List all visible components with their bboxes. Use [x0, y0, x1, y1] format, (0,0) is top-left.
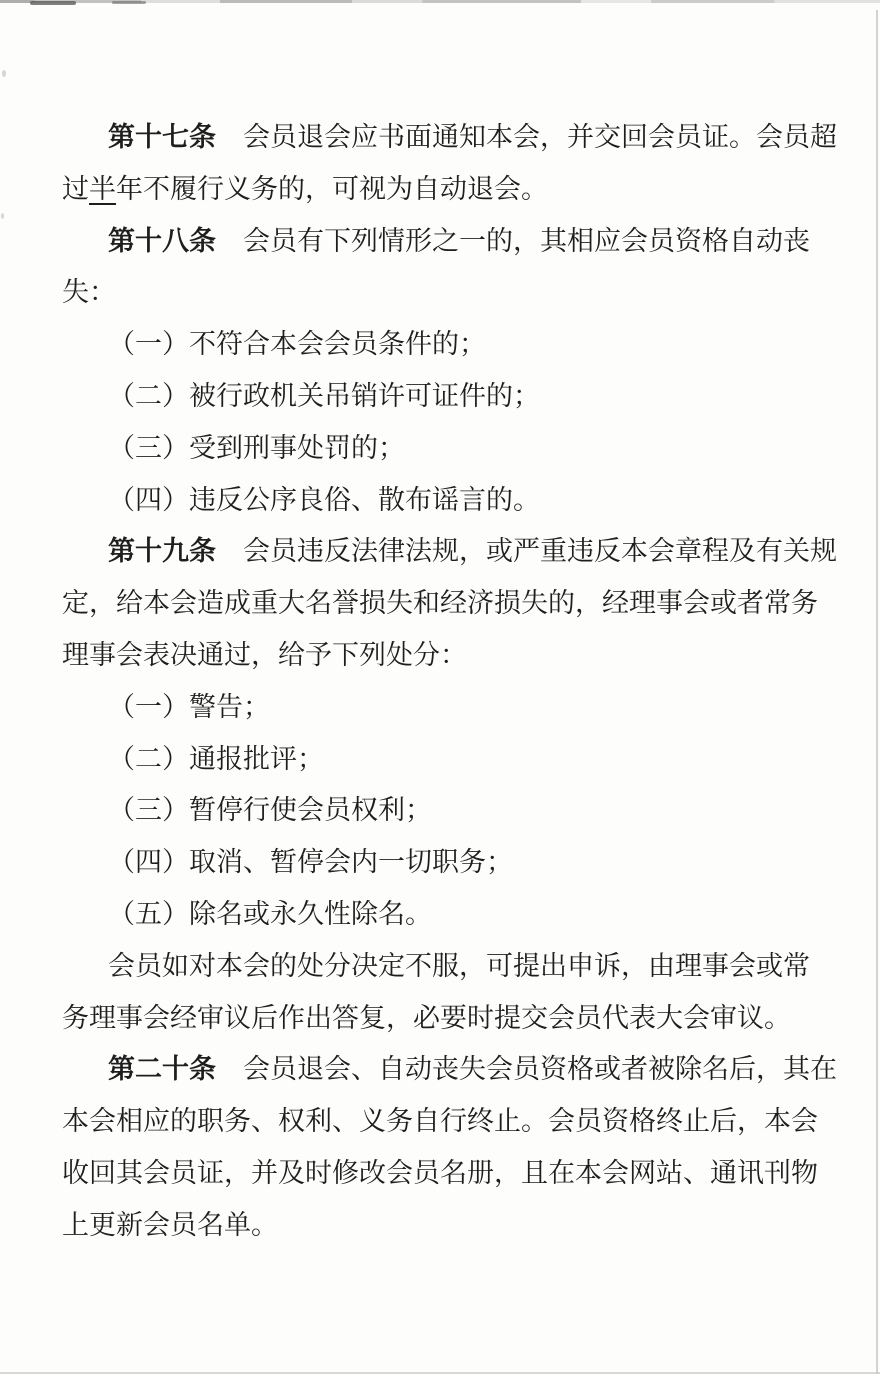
text-segment: 会员有下列情形之一的，其相应会员资格自动丧	[216, 226, 810, 256]
text-segment: 失：	[62, 277, 116, 307]
text-line-8: （四）违反公序良俗、散布谣言的。	[62, 475, 824, 527]
text-line-4: 失：	[62, 267, 824, 319]
scan-artifact-top-mark-2	[112, 1, 146, 4]
text-line-18: 务理事会经审议后作出答复，必要时提交会员代表大会审议。	[62, 993, 824, 1045]
scan-artifact-right-edge	[876, 10, 878, 1374]
article-number: 第十八条	[108, 226, 216, 256]
text-line-1: 第十七条 会员退会应书面通知本会，并交回会员证。会员超	[62, 112, 824, 164]
article-number: 第十九条	[108, 536, 216, 566]
text-line-7: （三）受到刑事处罚的；	[62, 423, 824, 475]
text-segment: 会员如对本会的处分决定不服，可提出申诉，由理事会或常	[108, 951, 810, 981]
text-segment: 本会相应的职务、权利、义务自行终止。会员资格终止后，本会	[62, 1106, 818, 1136]
text-segment: （四）违反公序良俗、散布谣言的。	[108, 485, 540, 515]
underlined-text: 半	[89, 174, 116, 204]
scan-artifact-speck	[2, 70, 6, 77]
text-line-10: 定，给本会造成重大名誉损失和经济损失的，经理事会或者常务	[62, 578, 824, 630]
text-line-2: 过半年不履行义务的，可视为自动退会。	[62, 164, 824, 216]
text-line-6: （二）被行政机关吊销许可证件的；	[62, 371, 824, 423]
text-segment: 务理事会经审议后作出答复，必要时提交会员代表大会审议。	[62, 1003, 791, 1033]
text-segment: 过	[62, 174, 89, 204]
text-segment: （三）受到刑事处罚的；	[108, 433, 405, 463]
body-text-block: 第十七条 会员退会应书面通知本会，并交回会员证。会员超过半年不履行义务的，可视为…	[62, 112, 824, 1252]
text-segment: 会员退会、自动丧失会员资格或者被除名后，其在	[216, 1054, 837, 1084]
text-line-17: 会员如对本会的处分决定不服，可提出申诉，由理事会或常	[62, 941, 824, 993]
text-segment: （二）被行政机关吊销许可证件的；	[108, 381, 540, 411]
text-line-13: （二）通报批评；	[62, 734, 824, 786]
text-segment: 会员违反法律法规，或严重违反本会章程及有关规	[216, 536, 837, 566]
text-line-22: 上更新会员名单。	[62, 1200, 824, 1252]
article-number: 第十七条	[108, 122, 216, 152]
text-segment: （二）通报批评；	[108, 744, 324, 774]
text-segment: （三）暂停行使会员权利；	[108, 795, 432, 825]
text-line-12: （一）警告；	[62, 682, 824, 734]
text-line-15: （四）取消、暂停会内一切职务；	[62, 837, 824, 889]
text-line-11: 理事会表决通过，给予下列处分：	[62, 630, 824, 682]
text-segment: 上更新会员名单。	[62, 1210, 278, 1240]
text-segment: （五）除名或永久性除名。	[108, 899, 432, 929]
document-page: 第十七条 会员退会应书面通知本会，并交回会员证。会员超过半年不履行义务的，可视为…	[0, 0, 880, 1374]
text-segment: 定，给本会造成重大名誉损失和经济损失的，经理事会或者常务	[62, 588, 818, 618]
text-line-16: （五）除名或永久性除名。	[62, 889, 824, 941]
text-line-5: （一）不符合本会会员条件的；	[62, 319, 824, 371]
scan-artifact-speck	[1, 213, 4, 219]
text-segment: 收回其会员证，并及时修改会员名册，且在本会网站、通讯刊物	[62, 1158, 818, 1188]
text-segment: （一）警告；	[108, 692, 270, 722]
text-line-3: 第十八条 会员有下列情形之一的，其相应会员资格自动丧	[62, 216, 824, 268]
text-line-14: （三）暂停行使会员权利；	[62, 785, 824, 837]
text-line-19: 第二十条 会员退会、自动丧失会员资格或者被除名后，其在	[62, 1044, 824, 1096]
text-line-20: 本会相应的职务、权利、义务自行终止。会员资格终止后，本会	[62, 1096, 824, 1148]
text-segment: （一）不符合本会会员条件的；	[108, 329, 486, 359]
scan-artifact-top-mark	[30, 1, 76, 5]
article-number: 第二十条	[108, 1054, 216, 1084]
text-line-9: 第十九条 会员违反法律法规，或严重违反本会章程及有关规	[62, 526, 824, 578]
text-line-21: 收回其会员证，并及时修改会员名册，且在本会网站、通讯刊物	[62, 1148, 824, 1200]
text-segment: 会员退会应书面通知本会，并交回会员证。会员超	[216, 122, 837, 152]
text-segment: （四）取消、暂停会内一切职务；	[108, 847, 513, 877]
text-segment: 理事会表决通过，给予下列处分：	[62, 640, 467, 670]
text-segment: 年不履行义务的，可视为自动退会。	[116, 174, 548, 204]
